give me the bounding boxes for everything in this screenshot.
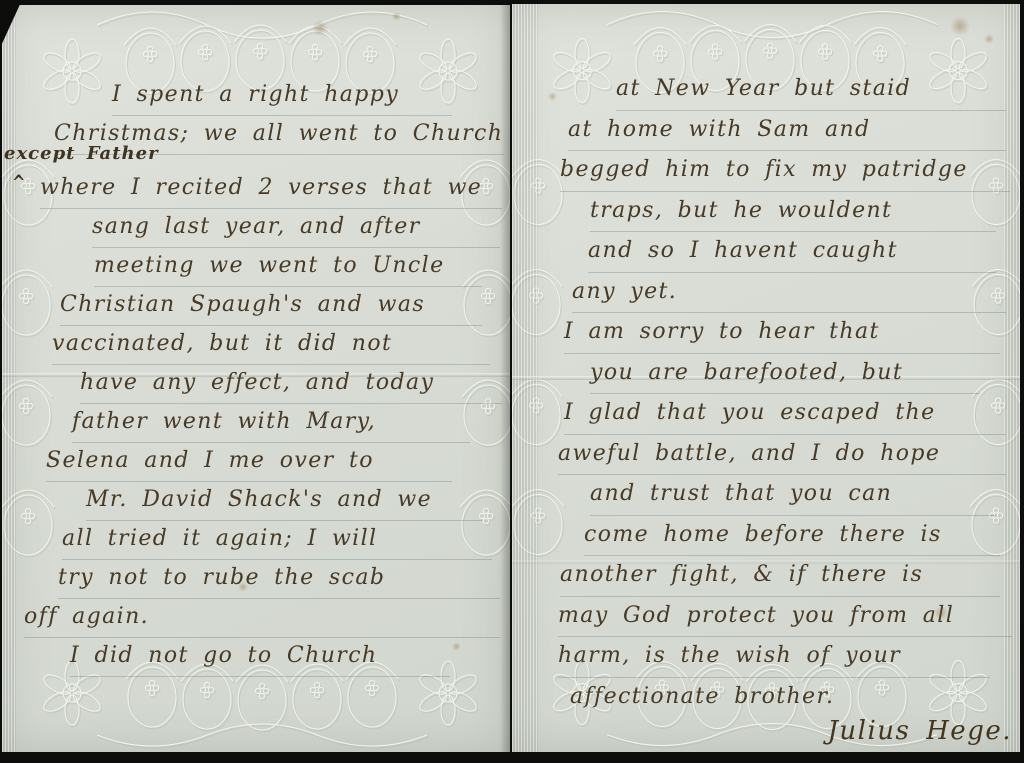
handwritten-line: have any effect, and today	[80, 365, 502, 404]
handwritten-line: I did not go to Church	[70, 638, 450, 677]
handwritten-line: any yet.	[572, 273, 1006, 314]
left-page-text: I spent a right happy Christmas; we all …	[2, 77, 510, 677]
handwritten-line: where I recited 2 verses that we	[40, 170, 502, 209]
handwritten-line: meeting we went to Uncle	[94, 248, 482, 287]
handwritten-line: try not to rube the scab	[58, 560, 500, 599]
handwritten-line: at home with Sam and	[568, 111, 1006, 152]
handwritten-line: all tried it again; I will	[62, 521, 492, 560]
handwritten-line: vaccinated, but it did not	[52, 326, 490, 365]
handwritten-line: father went with Mary,	[72, 404, 470, 443]
handwritten-line: Christian Spaugh's and was	[60, 287, 482, 326]
handwritten-line: off again.	[24, 599, 500, 638]
handwritten-line: you are barefooted, but	[590, 354, 980, 395]
handwritten-line: Selena and I me over to	[46, 443, 452, 482]
handwritten-line: I am sorry to hear that	[564, 313, 1000, 354]
handwritten-line: begged him to fix my patridge	[560, 151, 1010, 192]
handwritten-line: harm, is the wish of your	[558, 637, 990, 678]
handwritten-line: Mr. David Shack's and we	[86, 482, 482, 521]
handwritten-line: and trust that you can	[590, 475, 996, 516]
signature: Julius Hege.	[512, 711, 1020, 752]
handwritten-line: aweful battle, and I do hope	[558, 435, 1006, 476]
letter-page-right: at New Year but staid at home with Sam a…	[512, 4, 1020, 752]
handwritten-line: come home before there is	[584, 516, 1000, 557]
interline-insertion: except Father	[4, 143, 159, 164]
handwritten-line: sang last year, and after	[92, 209, 500, 248]
letter-photo: I spent a right happy Christmas; we all …	[0, 0, 1024, 763]
handwritten-line: I glad that you escaped the	[564, 394, 1006, 435]
caret-mark: ^	[12, 170, 25, 195]
handwritten-line: and so I havent caught	[588, 232, 996, 273]
right-page-text: at New Year but staid at home with Sam a…	[512, 70, 1020, 752]
letter-page-left: I spent a right happy Christmas; we all …	[2, 5, 510, 752]
handwritten-line: traps, but he wouldent	[590, 192, 996, 233]
handwritten-line: may God protect you from all	[558, 597, 1012, 638]
handwritten-line: at New Year but staid	[616, 70, 1006, 111]
handwritten-line: another fight, & if there is	[560, 556, 1000, 597]
handwritten-line: I spent a right happy	[112, 77, 452, 116]
